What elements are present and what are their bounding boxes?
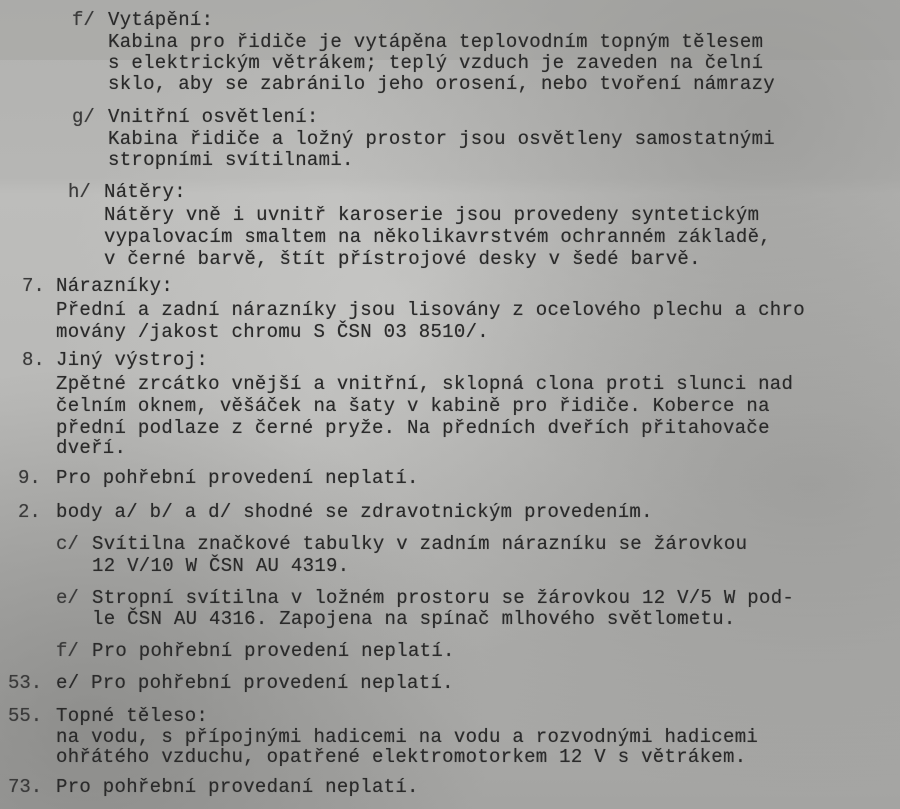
item-text-line: Pro pohřební provedaní neplatí. (56, 777, 419, 797)
item-text-line: dveří. (56, 438, 126, 458)
item-text-line: sklo, aby se zabránilo jeho orosení, neb… (108, 74, 775, 94)
item-text-line: na vodu, s přípojnými hadicemi na vodu a… (56, 727, 758, 747)
item-heading: Topné těleso: (56, 706, 208, 726)
item-text-line: Kabina řidiče a ložný prostor jsou osvět… (108, 129, 775, 149)
item-text-line: 12 V/10 W ČSN AU 4319. (92, 556, 349, 576)
item-marker: f/ (56, 641, 79, 661)
item-marker: 53. (8, 673, 42, 693)
item-marker: g/ (72, 107, 95, 127)
item-marker: f/ (72, 10, 95, 30)
item-text-line: ohřátého vzduchu, opatřené elektromotork… (56, 747, 746, 767)
item-text-line: čelním oknem, věšáček na šaty v kabině p… (56, 396, 770, 416)
item-marker: h/ (68, 182, 91, 202)
item-text-line: Přední a zadní nárazníky jsou lisovány z… (56, 300, 805, 320)
item-text-line: Svítilna značkové tabulky v zadním náraz… (92, 534, 747, 554)
item-heading: Jiný výstroj: (56, 350, 208, 370)
item-heading: Vytápění: (108, 10, 213, 30)
item-marker: e/ (56, 588, 79, 608)
item-text-line: e/ Pro pohřební provedení neplatí. (56, 673, 454, 693)
item-heading: Nárazníky: (56, 276, 173, 296)
item-heading: Nátěry: (104, 182, 186, 202)
item-text-line: Kabina pro řidiče je vytápěna teplovodní… (108, 32, 763, 52)
item-heading: Vnitřní osvětlení: (108, 107, 319, 127)
item-marker: 8. (22, 350, 45, 370)
item-text-line: Zpětné zrcátko vnější a vnitřní, sklopná… (56, 374, 793, 394)
item-marker: 7. (22, 276, 45, 296)
item-marker: 9. (18, 468, 41, 488)
item-text-line: Pro pohřební provedení neplatí. (56, 468, 419, 488)
item-marker: 2. (18, 502, 41, 522)
item-text-line: body a/ b/ a d/ shodné se zdravotnickým … (56, 502, 653, 522)
item-text-line: le ČSN AU 4316. Zapojena na spínač mlhov… (92, 609, 736, 629)
item-text-line: stropními svítilnami. (108, 150, 354, 170)
item-text-line: vypalovacím smaltem na několikavrstvém o… (104, 227, 771, 247)
item-text-line: s elektrickým větrákem; teplý vzduch je … (108, 53, 763, 73)
item-text-line: v černé barvě, štít přístrojové desky v … (104, 249, 701, 269)
item-marker: 73. (8, 777, 42, 797)
item-text-line: přední podlaze z černé pryže. Na předníc… (56, 418, 770, 438)
item-marker: c/ (56, 534, 79, 554)
document-page: f/ Vytápění: Kabina pro řidiče je vytápě… (0, 0, 900, 809)
item-marker: 55. (8, 706, 42, 726)
item-text-line: Pro pohřební provedení neplatí. (92, 641, 455, 661)
item-text-line: movány /jakost chromu S ČSN 03 8510/. (56, 322, 489, 342)
item-text-line: Nátěry vně i uvnitř karoserie jsou prove… (104, 205, 759, 225)
item-text-line: Stropní svítilna v ložném prostoru se žá… (92, 588, 794, 608)
